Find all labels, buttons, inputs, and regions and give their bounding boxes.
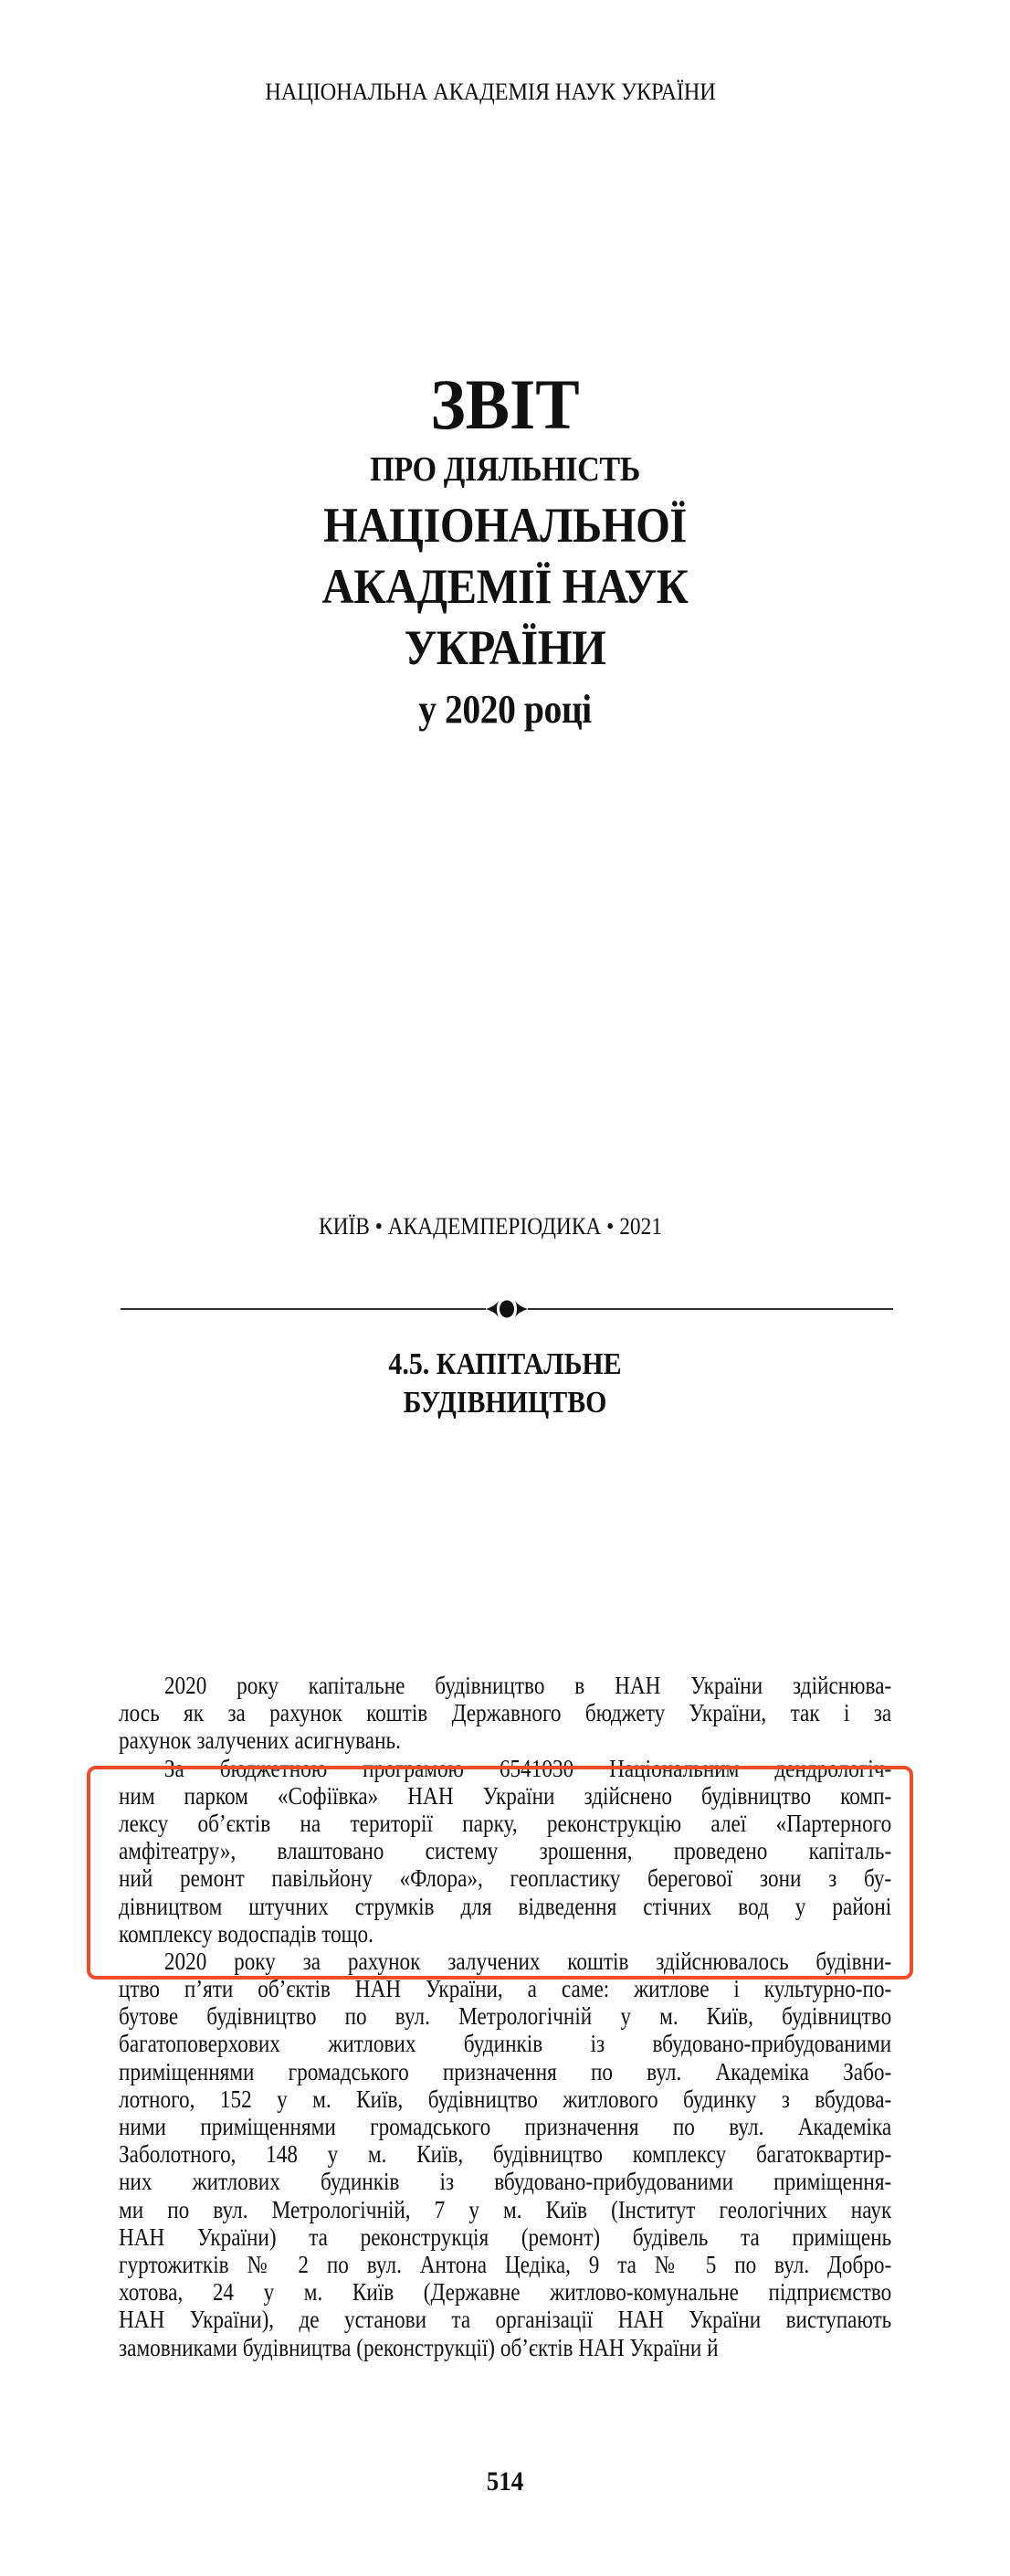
title-line: ПРО ДІЯЛЬНІСТЬ	[50, 444, 959, 495]
text-line: 2020 року капітальне будівництво в НАН У…	[119, 1672, 891, 1699]
text-line: них житлових будинків із вбудовано-прибу…	[119, 2168, 891, 2195]
body-text: 2020 року капітальне будівництво в НАН У…	[119, 1672, 891, 2361]
title-main: ЗВІТ	[36, 365, 975, 444]
text-line: цтво п’яти об’єктів НАН України, а саме:…	[119, 1975, 891, 2002]
text-line: 2020 року за рахунок залучених коштів зд…	[119, 1948, 891, 1975]
section-heading-line: 4.5. КАПІТАЛЬНЕ	[60, 1346, 949, 1384]
text-line: амфітеатру», влаштовано систему зрошення…	[119, 1837, 891, 1864]
section-heading-line: БУДІВНИЦТВО	[60, 1384, 949, 1422]
text-line: ним парком «Софіївка» НАН України здійсн…	[119, 1782, 891, 1810]
report-title: ЗВІТ ПРО ДІЯЛЬНІСТЬ НАЦІОНАЛЬНОЇ АКАДЕМІ…	[0, 365, 1010, 741]
text-line: За бюджетною програмою 6541030 Національ…	[119, 1755, 891, 1782]
eye-ornament-icon	[486, 1299, 528, 1319]
text-line: приміщеннями громадського призначення по…	[119, 2058, 891, 2085]
paragraph: За бюджетною програмою 6541030 Національ…	[119, 1755, 891, 1948]
text-line: багатоповерхових житлових будинків із вб…	[119, 2030, 891, 2057]
text-line: НАН України), де установи та організації…	[119, 2306, 891, 2333]
text-line: рахунок залучених асигнувань.	[119, 1726, 891, 1754]
divider-line-left	[121, 1308, 486, 1310]
text-line: гуртожитків № 2 по вул. Антона Цедіка, 9…	[119, 2251, 891, 2278]
text-line: лексу об’єктів на території парку, рекон…	[119, 1810, 891, 1837]
text-line: лотного, 152 у м. Київ, будівництво житл…	[119, 2085, 891, 2113]
paragraph: 2020 року капітальне будівництво в НАН У…	[119, 1672, 891, 1755]
section-heading: 4.5. КАПІТАЛЬНЕ БУДІВНИЦТВО	[60, 1346, 949, 1422]
text-line: бутове будівництво по вул. Метрологічній…	[119, 2002, 891, 2030]
text-line: лось як за рахунок коштів Державного бюд…	[119, 1699, 891, 1726]
section-divider	[121, 1299, 893, 1319]
page-number: 514	[50, 2466, 959, 2497]
title-line: АКАДЕМІЇ НАУК	[50, 556, 959, 618]
title-line: УКРАЇНИ	[50, 618, 959, 679]
text-line: ми по вул. Метрологічній, 7 у м. Київ (І…	[119, 2196, 891, 2223]
text-line: НАН України) та реконструкція (ремонт) б…	[119, 2223, 891, 2251]
title-line: НАЦІОНАЛЬНОЇ	[50, 495, 959, 556]
organization-header: НАЦІОНАЛЬНА АКАДЕМІЯ НАУК УКРАЇНИ	[29, 79, 952, 106]
text-line: дівництвом штучних струмків для відведен…	[119, 1893, 891, 1920]
paragraph: 2020 року за рахунок залучених коштів зд…	[119, 1948, 891, 2361]
text-line: замовниками будівництва (реконструкції) …	[119, 2334, 891, 2361]
text-line: комплексу водоспадів тощо.	[119, 1920, 891, 1948]
text-line: ний ремонт павільйону «Флора», геопласти…	[119, 1864, 891, 1892]
publisher-line: КИЇВ • АКАДЕМПЕРІОДИКА • 2021	[49, 1213, 932, 1240]
divider-line-right	[528, 1308, 893, 1310]
text-line: ними приміщеннями громадського призначен…	[119, 2113, 891, 2140]
text-line: Заболотного, 148 у м. Київ, будівництво …	[119, 2140, 891, 2168]
title-year: у 2020 році	[50, 679, 959, 741]
text-line: хотова, 24 у м. Київ (Державне житлово-к…	[119, 2278, 891, 2306]
